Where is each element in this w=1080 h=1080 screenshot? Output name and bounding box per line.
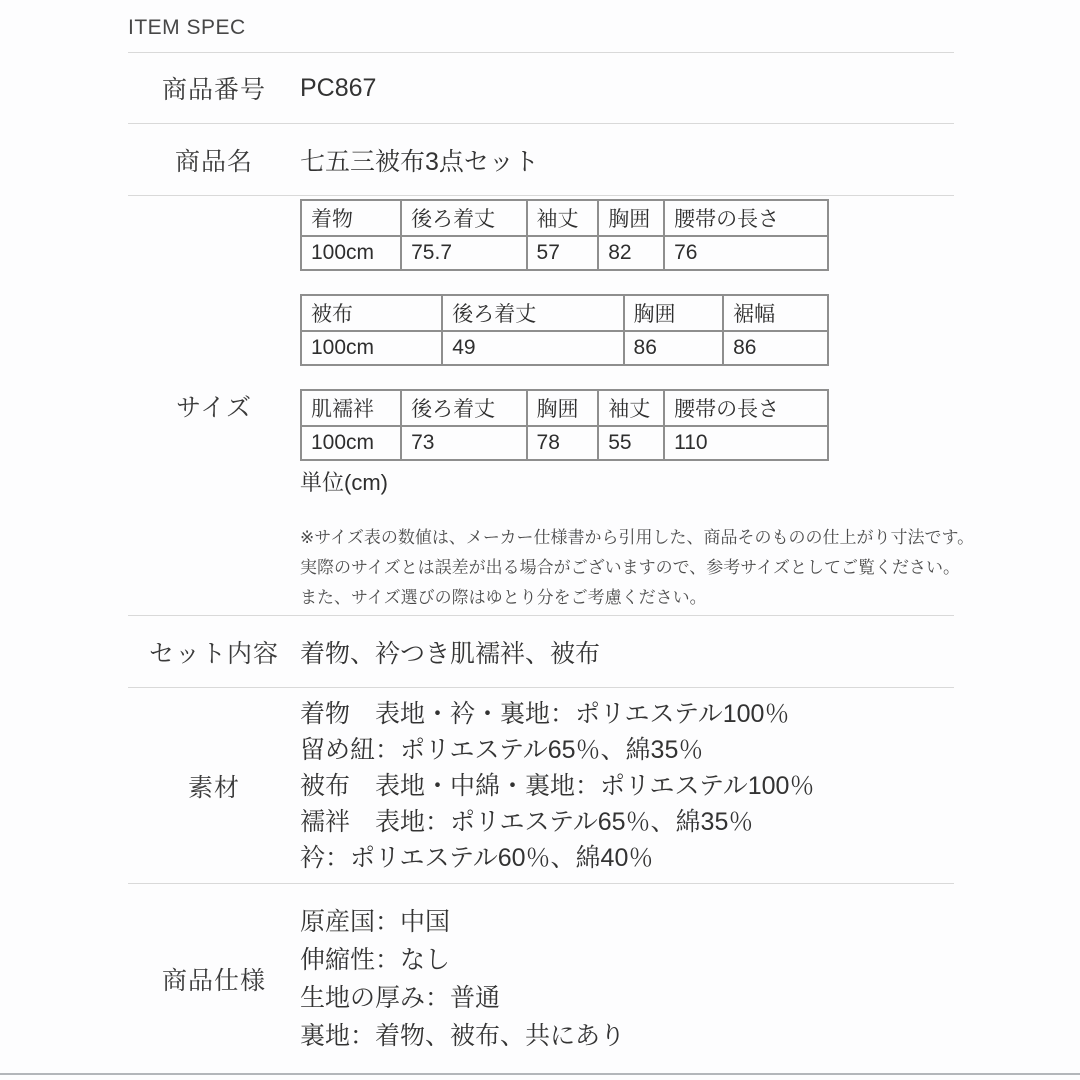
table-header-cell: 胸囲 — [624, 295, 724, 331]
kimono-size-table: 着物 後ろ着丈 袖丈 胸囲 腰帯の長さ 100cm 75.7 57 82 76 — [300, 199, 829, 271]
item-name-label: 商品名 — [128, 142, 300, 178]
table-header-row: 肌襦袢 後ろ着丈 胸囲 袖丈 腰帯の長さ — [301, 390, 828, 426]
set-contents-value: 着物、衿つき肌襦袢、被布 — [300, 634, 954, 670]
material-label: 素材 — [128, 768, 300, 804]
item-name-value: 七五三被布3点セット — [300, 142, 954, 178]
material-line: 留め紐：ポリエステル65％、綿35％ — [300, 732, 954, 768]
table-header-cell: 後ろ着丈 — [442, 295, 623, 331]
table-cell: 100cm — [301, 331, 442, 365]
table-cell: 100cm — [301, 236, 401, 270]
item-spec-page: ITEM SPEC 商品番号 PC867 商品名 七五三被布3点セット サイズ … — [0, 0, 1080, 1080]
table-cell: 75.7 — [401, 236, 526, 270]
size-label: サイズ — [128, 388, 300, 424]
product-spec-line: 裏地：着物、被布、共にあり — [300, 1017, 954, 1055]
table-header-cell: 胸囲 — [527, 390, 599, 426]
hifu-size-table: 被布 後ろ着丈 胸囲 裾幅 100cm 49 86 86 — [300, 294, 829, 366]
table-cell: 49 — [442, 331, 623, 365]
item-name-row: 商品名 七五三被布3点セット — [128, 124, 954, 196]
table-cell: 86 — [624, 331, 724, 365]
hadajuban-size-table: 肌襦袢 後ろ着丈 胸囲 袖丈 腰帯の長さ 100cm 73 78 55 110 — [300, 389, 829, 461]
product-spec-row: 商品仕様 原産国：中国 伸縮性：なし 生地の厚み：普通 裏地：着物、被布、共にあ… — [128, 884, 954, 1074]
product-spec-line: 原産国：中国 — [300, 903, 954, 941]
set-contents-row: セット内容 着物、衿つき肌襦袢、被布 — [128, 616, 954, 688]
table-header-cell: 胸囲 — [598, 200, 664, 236]
size-disclaimer-line: 実際のサイズとは誤差が出る場合がございますので、参考サイズとしてご覧ください。 — [300, 553, 974, 583]
table-header-cell: 肌襦袢 — [301, 390, 401, 426]
table-cell: 100cm — [301, 426, 401, 460]
product-spec-line: 伸縮性：なし — [300, 941, 954, 979]
table-header-cell: 袖丈 — [527, 200, 599, 236]
material-lines: 着物 表地・衿・裏地：ポリエステル100％ 留め紐：ポリエステル65％、綿35％… — [300, 696, 954, 876]
table-header-row: 着物 後ろ着丈 袖丈 胸囲 腰帯の長さ — [301, 200, 828, 236]
material-line: 着物 表地・衿・裏地：ポリエステル100％ — [300, 696, 954, 732]
size-row: サイズ 着物 後ろ着丈 袖丈 胸囲 腰帯の長さ 100cm 7 — [128, 196, 954, 616]
size-disclaimer-line: また、サイズ選びの際はゆとり分をご考慮ください。 — [300, 583, 974, 613]
table-cell: 73 — [401, 426, 526, 460]
table-cell: 86 — [723, 331, 828, 365]
table-value-row: 100cm 73 78 55 110 — [301, 426, 828, 460]
product-spec-lines: 原産国：中国 伸縮性：なし 生地の厚み：普通 裏地：着物、被布、共にあり — [300, 903, 954, 1055]
item-number-row: 商品番号 PC867 — [128, 53, 954, 124]
item-number-value: PC867 — [300, 74, 954, 103]
table-header-cell: 後ろ着丈 — [401, 390, 526, 426]
item-spec-title: ITEM SPEC — [128, 0, 954, 53]
item-number-label: 商品番号 — [128, 70, 300, 106]
table-value-row: 100cm 49 86 86 — [301, 331, 828, 365]
table-cell: 78 — [527, 426, 599, 460]
table-cell: 82 — [598, 236, 664, 270]
table-header-row: 被布 後ろ着丈 胸囲 裾幅 — [301, 295, 828, 331]
bottom-divider — [0, 1073, 1080, 1075]
product-spec-label: 商品仕様 — [128, 961, 300, 997]
table-value-row: 100cm 75.7 57 82 76 — [301, 236, 828, 270]
table-header-cell: 腰帯の長さ — [664, 200, 828, 236]
table-header-cell: 着物 — [301, 200, 401, 236]
size-disclaimer-line: ※サイズ表の数値は、メーカー仕様書から引用した、商品そのものの仕上がり寸法です。 — [300, 523, 974, 553]
table-header-cell: 腰帯の長さ — [664, 390, 828, 426]
size-body: 着物 後ろ着丈 袖丈 胸囲 腰帯の長さ 100cm 75.7 57 82 76 — [300, 199, 974, 613]
material-row: 素材 着物 表地・衿・裏地：ポリエステル100％ 留め紐：ポリエステル65％、綿… — [128, 688, 954, 884]
table-header-cell: 袖丈 — [598, 390, 664, 426]
material-line: 襦袢 表地：ポリエステル65％、綿35％ — [300, 804, 954, 840]
set-contents-label: セット内容 — [128, 634, 300, 670]
size-disclaimer: ※サイズ表の数値は、メーカー仕様書から引用した、商品そのものの仕上がり寸法です。… — [300, 523, 974, 613]
table-header-cell: 被布 — [301, 295, 442, 331]
material-line: 衿：ポリエステル60％、綿40％ — [300, 840, 954, 876]
table-cell: 76 — [664, 236, 828, 270]
table-cell: 110 — [664, 426, 828, 460]
table-cell: 55 — [598, 426, 664, 460]
unit-note: 単位(cm) — [300, 466, 974, 497]
material-line: 被布 表地・中綿・裏地：ポリエステル100％ — [300, 768, 954, 804]
table-header-cell: 裾幅 — [723, 295, 828, 331]
product-spec-line: 生地の厚み：普通 — [300, 979, 954, 1017]
table-header-cell: 後ろ着丈 — [401, 200, 526, 236]
table-cell: 57 — [527, 236, 599, 270]
spec-content: ITEM SPEC 商品番号 PC867 商品名 七五三被布3点セット サイズ … — [128, 0, 954, 1074]
